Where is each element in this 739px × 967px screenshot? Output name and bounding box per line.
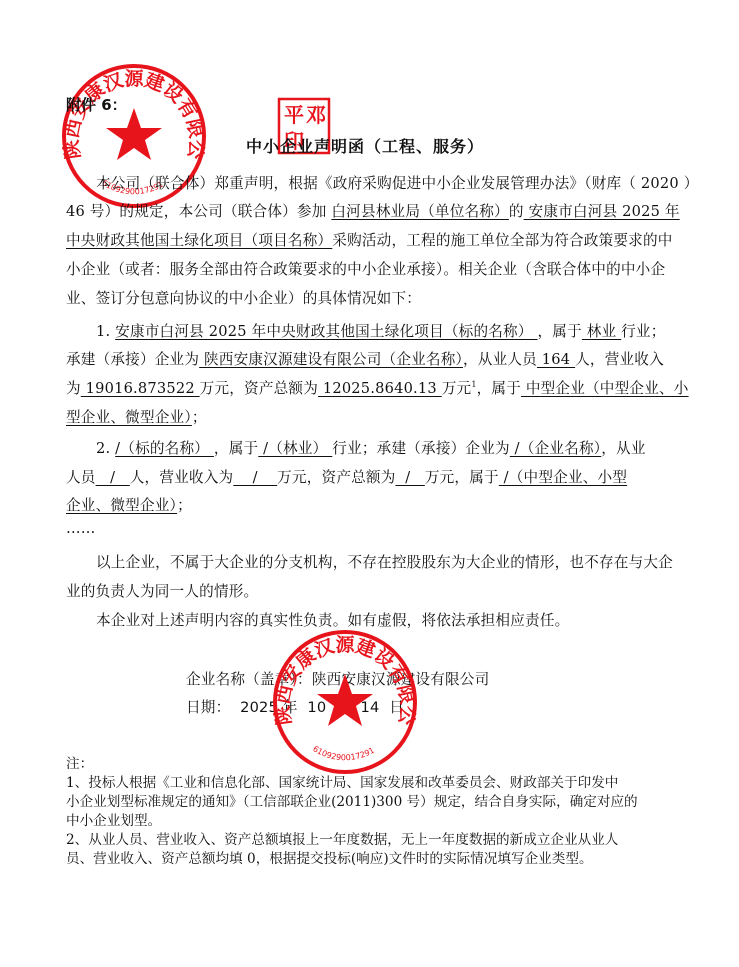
item1-type: 中型企业（中型企业、小	[521, 380, 689, 397]
signature-date-line: 日期： 2025 年 10 月 14 日	[186, 696, 404, 717]
item-text: ；	[177, 497, 192, 514]
item2-line-1: 2. /（标的名称） ，属于 /（林业） 行业；承建（承接）企业为 /（企业名称…	[96, 437, 646, 458]
intro-line-4: 小企业（或者：服务全部由符合政策要求的中小企业承接）。相关企业（含联合体中的中小…	[66, 258, 665, 279]
purchaser-name: 白河县林业局（单位名称）	[331, 203, 509, 220]
item2-revenue: /	[233, 469, 277, 486]
note-1-line-1: 1、投标人根据《工业和信息化部、国家统计局、国家发展和改革委员会、财政部关于印发…	[66, 771, 618, 791]
intro-line-2: 46 号）的规定，本公司（联合体）参加 白河县林业局（单位名称）的 安康市白河县…	[66, 200, 680, 221]
item2-subject: /（标的名称）	[115, 440, 214, 457]
signature-company-line: 企业名称（盖章）：陕西安康汉源建设有限公司	[186, 668, 489, 689]
item1-subject: 安康市白河县 2025 年中央财政其他国土绿化项目（标的名称）	[115, 323, 537, 340]
item2-employees: /	[96, 469, 130, 486]
date-text: 日	[389, 699, 404, 716]
note-2-line-2: 员、营业收入、资产总额均填 0，根据提交投标(响应)文件时的实际情况填写企业类型…	[66, 847, 593, 867]
item1-line-1: 1. 安康市白河县 2025 年中央财政其他国土绿化项目（标的名称） ，属于 林…	[96, 320, 666, 341]
intro-text: 采购活动，工程的施工单位全部为符合政策要求的中	[332, 232, 672, 249]
attachment-label: 附件 6：	[66, 94, 127, 115]
intro-line-5: 业、签订分包意向协议的中小企业）的具体情况如下：	[66, 287, 421, 308]
item-text: ，从业	[601, 440, 645, 457]
notes-label: 注：	[66, 752, 93, 772]
item2-line-2: 人员 / 人，营业收入为 / 万元，资产总额为 / 万元，属于 /（中型企业、小…	[66, 466, 627, 487]
note-2-line-1: 2、从业人员、营业收入、资产总额填报上一年度数据，无上一年度数据的新成立企业从业…	[66, 828, 618, 848]
statement-2: 本企业对上述声明内容的真实性负责。如有虚假，将依法承担相应责任。	[96, 609, 569, 630]
note-1-line-3: 中小企业划型。	[66, 809, 161, 829]
item1-industry: 林业	[582, 323, 621, 340]
project-name-part1: 安康市白河县 2025 年	[524, 203, 680, 220]
item1-contractor: 陕西安康汉源建设有限公司（企业名称）	[199, 351, 463, 368]
note-1-line-2: 小企业划型标准规定的通知》（工信部联企业(2011)300 号）规定，结合自身实…	[66, 790, 638, 810]
item1-line-3: 为 19016.873522 万元，资产总额为 12025.8640.13 万元…	[66, 377, 689, 398]
intro-line-1: 本公司（联合体）郑重声明，根据《政府采购促进中小企业发展管理办法》（财库（ 20…	[96, 172, 698, 193]
item-text: 万元，资产总额为	[200, 380, 318, 397]
item-text: 承建（承接）企业为	[66, 351, 199, 368]
item-text: 行业；	[621, 323, 665, 340]
item-number: 1.	[96, 323, 115, 340]
item2-contractor: /（企业名称）	[510, 440, 601, 457]
company-label: 企业名称（盖章）：	[186, 671, 312, 688]
company-name: 陕西安康汉源建设有限公司	[312, 671, 490, 688]
item-text: ，属于	[477, 380, 521, 397]
item-text: ；	[192, 409, 207, 426]
item-text: 万元，属于	[425, 469, 499, 486]
item-text: 人，营业收入为	[130, 469, 234, 486]
item-number: 2.	[96, 440, 115, 457]
date-text: 年	[283, 699, 298, 716]
project-name-part2: 中央财政其他国土绿化项目（项目名称）	[66, 232, 332, 249]
item1-type-cont: 型企业、微型企业）	[66, 409, 192, 426]
item-text: 为	[66, 380, 81, 397]
statement-1-line-2: 业的负责人为同一人的情形。	[66, 580, 258, 601]
document-page: 陕西安康汉源建设有限公司 6109290017291 平 邓 印 附件 6： 中…	[0, 0, 739, 967]
item2-industry: /（林业）	[258, 440, 332, 457]
item1-line-4: 型企业、微型企业）；	[66, 406, 207, 427]
date-month: 10	[307, 699, 326, 716]
item1-employees: 164	[537, 351, 575, 368]
item1-revenue: 19016.873522	[81, 380, 200, 397]
item1-line-2: 承建（承接）企业为 陕西安康汉源建设有限公司（企业名称），从业人员 164 人，…	[66, 348, 664, 369]
date-day: 14	[361, 699, 380, 716]
item1-assets: 12025.8640.13	[318, 380, 442, 397]
svg-text:邓: 邓	[306, 103, 326, 127]
date-text: 月	[336, 699, 351, 716]
svg-text:平: 平	[284, 103, 304, 127]
intro-text: 的	[509, 203, 524, 220]
item2-type-cont: 企业、微型企业）	[66, 497, 177, 514]
item-text: 行业；承建（承接）企业为	[332, 440, 510, 457]
item-text: ，从业人员	[463, 351, 537, 368]
intro-text: 46 号）的规定，本公司（联合体）参加	[66, 203, 331, 220]
document-title: 中小企业声明函（工程、服务）	[246, 134, 484, 157]
date-year: 2025	[240, 699, 278, 716]
item-text: 人，营业收入	[575, 351, 664, 368]
item2-assets: /	[396, 469, 425, 486]
svg-text:6109290017291: 6109290017291	[311, 744, 376, 762]
item-text: ，属于	[537, 323, 581, 340]
intro-line-3: 中央财政其他国土绿化项目（项目名称）采购活动，工程的施工单位全部为符合政策要求的…	[66, 229, 673, 250]
item-text: 万元	[442, 380, 472, 397]
item-text: ，属于	[214, 440, 258, 457]
item-text: 人员	[66, 469, 96, 486]
item2-type: /（中型企业、小型	[499, 469, 627, 486]
item2-line-3: 企业、微型企业）；	[66, 494, 192, 515]
item-text: 万元，资产总额为	[277, 469, 395, 486]
ellipsis: ……	[66, 520, 96, 537]
date-label: 日期：	[186, 699, 230, 716]
statement-1-line-1: 以上企业，不属于大企业的分支机构，不存在控股股东为大企业的情形，也不存在与大企	[96, 551, 673, 572]
